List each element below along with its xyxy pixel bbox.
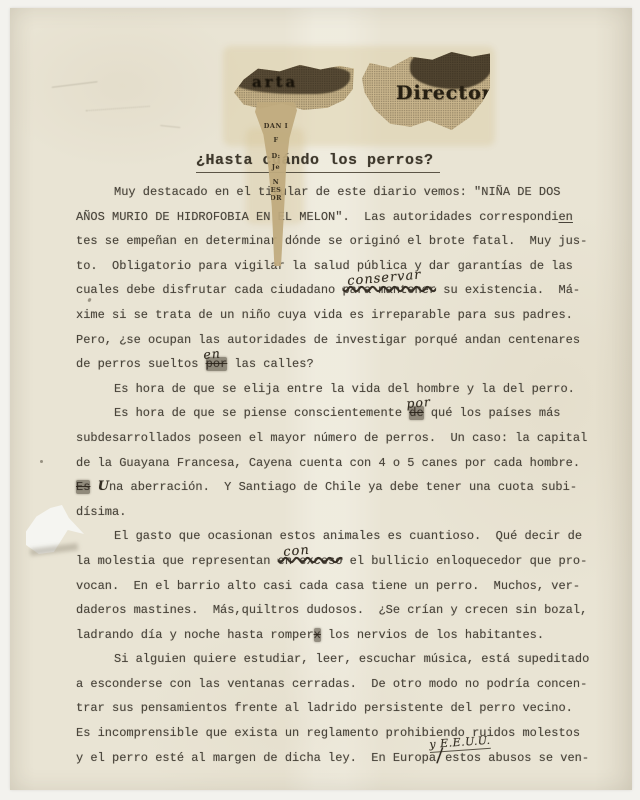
typed-text: Es hora de que se piense conscientemente bbox=[114, 406, 409, 420]
clipping-right-text: Director bbox=[396, 82, 493, 104]
struck-word: Es bbox=[76, 480, 90, 494]
typed-text: daderos mastines. Más,quiltros dudosos. … bbox=[76, 603, 587, 617]
typed-text: qué los países más bbox=[424, 406, 561, 420]
typed-text: de perros sueltos bbox=[76, 357, 206, 371]
typed-line: a esconderse con las ventanas cerradas. … bbox=[76, 672, 610, 697]
typed-line: de la Guayana Francesa, Cayena cuenta co… bbox=[76, 451, 610, 476]
struck-word: x bbox=[314, 628, 321, 642]
typed-text: xime si se trata de un niño cuya vida es… bbox=[76, 308, 573, 322]
typed-line: vocan. En el barrio alto casi cada casa … bbox=[76, 574, 610, 599]
typed-line: Pero, ¿se ocupan las autoridades de inve… bbox=[76, 328, 610, 353]
typed-body: Muy destacado en el titular de este diar… bbox=[76, 180, 610, 770]
insertion-mark: /y E.E.U.U. bbox=[436, 746, 445, 771]
typed-text: El gasto que ocasionan estos animales es… bbox=[114, 529, 582, 543]
typed-text: Muy destacado en el titular de este diar… bbox=[114, 185, 560, 199]
typed-text: subdesarrollados poseen el mayor número … bbox=[76, 431, 587, 445]
typed-text: dísima. bbox=[76, 505, 126, 519]
typed-line: Es incomprensible que exista un reglamen… bbox=[76, 721, 610, 746]
typed-line: Si alguien quiere estudiar, leer, escuch… bbox=[76, 647, 610, 672]
typed-text: estos abusos se ven- bbox=[445, 751, 589, 765]
clipping-tail-text: DAN I bbox=[255, 122, 297, 130]
scan-frame: arta DAN IFD:JeNESOR Director ¿Hasta cuá… bbox=[0, 0, 640, 800]
struck-word: depor bbox=[409, 406, 423, 420]
typed-line: Es Una aberración. Y Santiago de Chile y… bbox=[76, 475, 610, 500]
document-title: ¿Hasta cuándo los perros? bbox=[196, 152, 440, 173]
typed-text: el bullicio enloquecedor que pro- bbox=[342, 554, 587, 568]
typed-text: ladrando día y noche hasta romper bbox=[76, 628, 314, 642]
struck-word: poren bbox=[206, 357, 228, 371]
typed-line: El gasto que ocasionan estos animales es… bbox=[76, 524, 610, 549]
typed-line: de perros sueltos poren las calles? bbox=[76, 352, 610, 377]
handwritten-letter: U bbox=[98, 479, 109, 494]
typed-line: AÑOS MURIO DE HIDROFOBIA EN EL MELON". L… bbox=[76, 205, 610, 230]
typed-text: Pero, ¿se ocupan las autoridades de inve… bbox=[76, 333, 580, 347]
typed-line: Muy destacado en el titular de este diar… bbox=[76, 180, 610, 205]
typed-text: AÑOS MURIO DE HIDROFOBIA EN EL MELON". L… bbox=[76, 210, 558, 224]
pencil-mark bbox=[86, 106, 150, 117]
pencil-mark bbox=[52, 81, 99, 94]
scanned-page: arta DAN IFD:JeNESOR Director ¿Hasta cuá… bbox=[10, 8, 632, 790]
typed-line: cuales debe disfrutar cada ciudadano par… bbox=[76, 278, 610, 303]
typed-line: trar sus pensamientos frente al ladrido … bbox=[76, 696, 610, 721]
underlined-text: en bbox=[558, 210, 572, 224]
typed-text: to. Obligatorio para vigilar la salud pú… bbox=[76, 259, 573, 273]
typed-text: su existencia. Má- bbox=[436, 283, 580, 297]
typed-line: dísima. bbox=[76, 500, 610, 525]
typed-line: y el perro esté al margen de dicha ley. … bbox=[76, 746, 610, 771]
typed-text: a esconderse con las ventanas cerradas. … bbox=[76, 677, 587, 691]
typed-text bbox=[90, 480, 97, 494]
typed-line: daderos mastines. Más,quiltros dudosos. … bbox=[76, 598, 610, 623]
clipping-left-text: arta bbox=[252, 73, 298, 91]
typed-text: la molestia que representan bbox=[76, 554, 278, 568]
typed-line: ladrando día y noche hasta romperx los n… bbox=[76, 623, 610, 648]
ink-speck bbox=[40, 460, 43, 463]
typed-line: subdesarrollados poseen el mayor número … bbox=[76, 426, 610, 451]
typed-text: Si alguien quiere estudiar, leer, escuch… bbox=[114, 652, 589, 666]
typed-text: Es hora de que se elija entre la vida de… bbox=[114, 382, 575, 396]
struck-word: en excesocon bbox=[278, 554, 343, 568]
typed-text: y el perro esté al margen de dicha ley. … bbox=[76, 751, 436, 765]
typed-line: tes se empeñan en determinar dónde se or… bbox=[76, 229, 610, 254]
typed-line: to. Obligatorio para vigilar la salud pú… bbox=[76, 254, 610, 279]
typed-text: Es incomprensible que exista un reglamen… bbox=[76, 726, 580, 740]
typed-text: na aberración. Y Santiago de Chile ya de… bbox=[109, 480, 577, 494]
typed-text: vocan. En el barrio alto casi cada casa … bbox=[76, 579, 580, 593]
typed-text: las calles? bbox=[227, 357, 313, 371]
typed-text: de la Guayana Francesa, Cayena cuenta co… bbox=[76, 456, 580, 470]
caret-icon: / bbox=[435, 734, 445, 782]
typed-text: los nervios de los habitantes. bbox=[321, 628, 544, 642]
typed-line: Es hora de que se piense conscientemente… bbox=[76, 401, 610, 426]
struck-word: para mantenerconservar bbox=[342, 283, 436, 297]
typed-line: la molestia que representan en excesocon… bbox=[76, 549, 610, 574]
pencil-mark bbox=[160, 125, 181, 133]
typed-text: trar sus pensamientos frente al ladrido … bbox=[76, 701, 573, 715]
typed-line: Es hora de que se elija entre la vida de… bbox=[76, 377, 610, 402]
typed-text: cuales debe disfrutar cada ciudadano bbox=[76, 283, 342, 297]
typed-text: tes se empeñan en determinar dónde se or… bbox=[76, 234, 587, 248]
typed-line: xime si se trata de un niño cuya vida es… bbox=[76, 303, 610, 328]
